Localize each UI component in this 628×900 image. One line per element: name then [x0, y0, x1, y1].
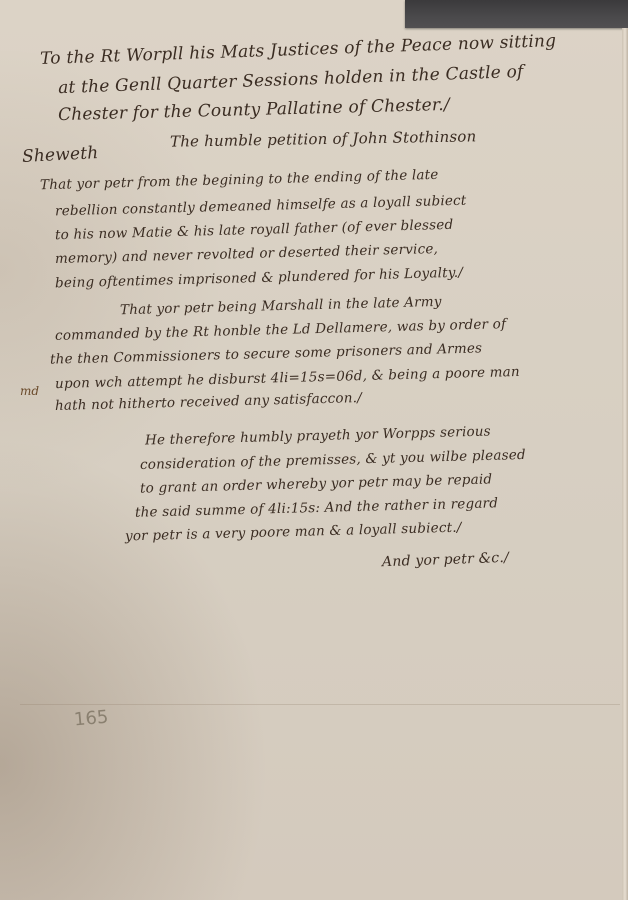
body-line-3: to his now Matie & his late royall fathe… — [55, 217, 454, 243]
petition-title: The humble petition of John Stothinson — [170, 127, 477, 150]
manuscript-page: To the Rt Worpll his Mats Justices of th… — [0, 0, 628, 900]
address-line-3: Chester for the County Pallatine of Ches… — [58, 95, 450, 125]
sheweth-heading: Sheweth — [22, 143, 99, 167]
address-line-2: at the Genll Quarter Sessions holden in … — [58, 62, 524, 98]
prayer-line-1: He therefore humbly prayeth yor Worpps s… — [145, 423, 491, 448]
pencil-folio-number: 165 — [73, 707, 109, 731]
body-line-9: upon wch attempt he disburst 4li=15s=06d… — [55, 364, 520, 392]
prayer-line-3: to grant an order whereby yor petr may b… — [140, 471, 493, 496]
body-line-7: commanded by the Rt honble the Ld Dellam… — [55, 316, 507, 344]
body-line-6: That yor petr being Marshall in the late… — [120, 294, 442, 318]
body-line-2: rebellion constantly demeaned himselfe a… — [55, 193, 467, 220]
dark-mount-edge — [405, 0, 628, 28]
prayer-line-5: yor petr is a very poore man & a loyall … — [125, 520, 462, 545]
body-line-10: hath not hitherto received any satisfacc… — [55, 390, 362, 414]
body-line-8: the then Commissioners to secure some pr… — [50, 340, 483, 367]
body-line-4: memory) and never revolted or deserted t… — [55, 241, 438, 267]
margin-note: md — [20, 384, 39, 398]
closing-line: And yor petr &c./ — [382, 550, 509, 570]
fold-line — [20, 704, 620, 705]
page-edge — [622, 28, 628, 900]
prayer-line-4: the said summe of 4li:15s: And the rathe… — [135, 495, 498, 521]
body-line-1: That yor petr from the begining to the e… — [40, 167, 439, 193]
prayer-line-2: consideration of the premisses, & yt you… — [140, 447, 526, 473]
body-line-5: being oftentimes imprisoned & plundered … — [55, 265, 463, 292]
